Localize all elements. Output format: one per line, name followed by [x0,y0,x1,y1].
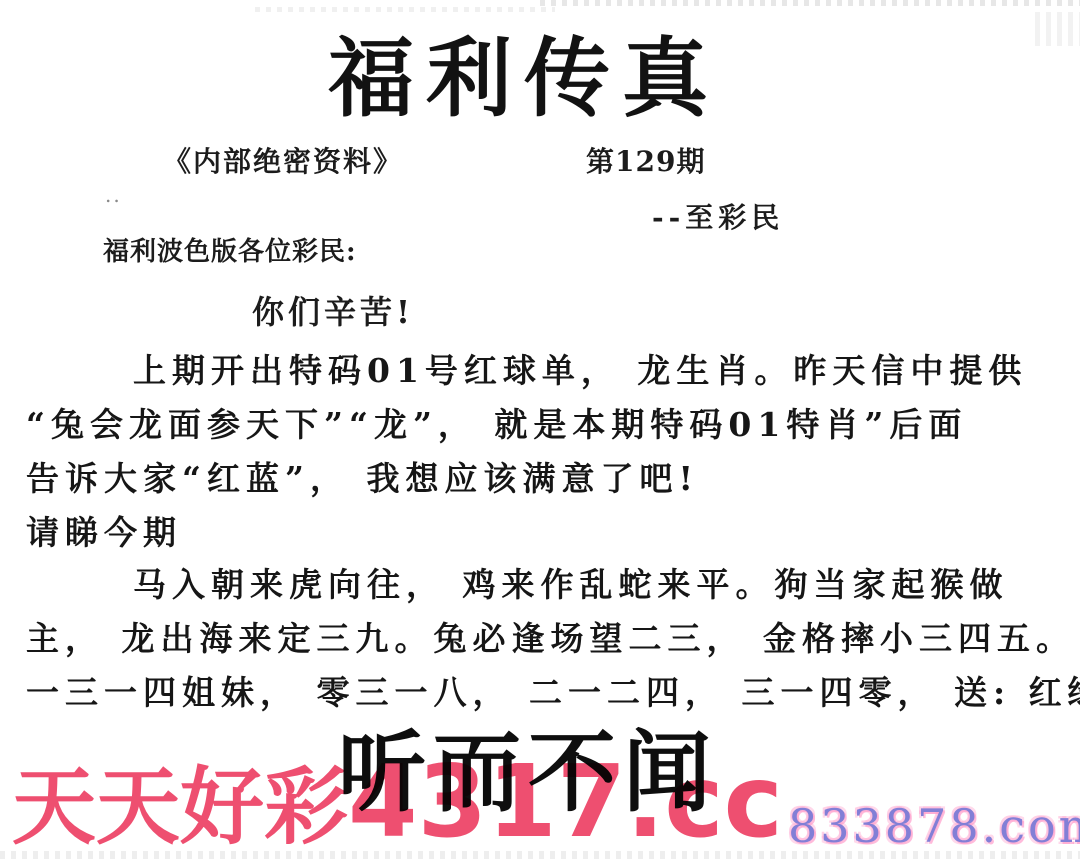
page-title: 福利传真 [328,30,720,129]
scan-noise-top [540,0,1080,6]
brand-watermark-domain: 4317.cc [348,752,783,852]
brand-watermark: 天天好彩4317.cc [12,752,783,852]
issue-number: 第129期 [586,146,705,178]
body-line-6: 主， 龙出海来定三九。兔必逢场望二三， 金格摔小三四五。 [26,620,1075,658]
body-line-4: 请睇今期 [26,514,182,552]
stray-dots: .. [105,184,122,207]
fax-document-page: 福利传真 《内部绝密资料》 第129期 --至彩民 .. 福利波色版各位彩民: … [0,0,1080,859]
brand-watermark-name: 天天好彩 [12,765,348,849]
body-line-5: 马入朝来虎向往， 鸡来作乱蛇来平。狗当家起猴做 [133,566,1009,604]
footer-site-watermark: 833878.com [788,800,1080,853]
body-line-3: 告诉大家“红蓝”， 我想应该满意了吧! [26,460,699,498]
body-line-2: “兔会龙面参天下”“龙”， 就是本期特码01特肖”后面 [26,406,967,444]
body-line-7: 一三一四姐妹， 零三一八， 二一二四， 三一四零， 送: 红绿 [26,674,1080,712]
scan-noise-top-right [1035,12,1080,46]
classification-label: 《内部绝密资料》 [163,146,403,178]
body-line-1: 上期开出特码01号红球单， 龙生肖。昨天信中提供 [133,352,1027,390]
dedication-line: --至彩民 [652,202,784,234]
scan-noise-top-2 [255,7,555,12]
salutation-line: 福利波色版各位彩民: [103,238,357,268]
greeting-line: 你们辛苦! [252,294,414,331]
